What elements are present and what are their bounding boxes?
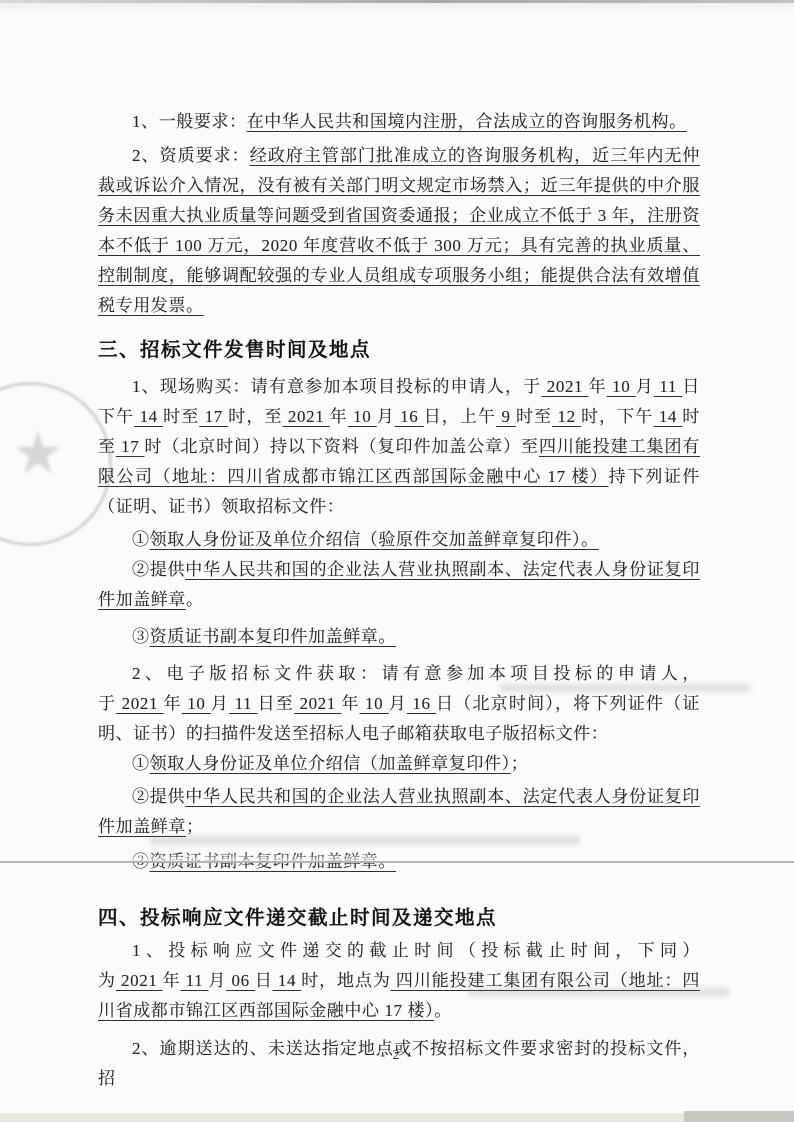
text-run: 月 bbox=[211, 694, 229, 713]
underlined-text: 14 bbox=[653, 407, 682, 426]
underlined-text: 10 bbox=[348, 407, 377, 426]
bleed-through-artifact bbox=[150, 836, 580, 845]
section-3-heading: 三、招标文件发售时间及地点 bbox=[98, 334, 700, 366]
underlined-text: 9 bbox=[496, 407, 516, 426]
text-run: 1、现场购买：请有意参加本项目投标的申请人，于 bbox=[132, 377, 541, 396]
text-run: 时，下午 bbox=[581, 407, 653, 426]
text-run: 时，至 bbox=[228, 407, 282, 426]
text-run: 月 bbox=[636, 377, 654, 396]
text-run: 日，上午 bbox=[424, 407, 496, 426]
text-run: ① bbox=[132, 754, 150, 773]
underlined-text: 2021 bbox=[116, 971, 163, 990]
text-run: 日 bbox=[255, 971, 273, 990]
underlined-text: 领取人身份证及单位介绍信（加盖鲜章复印件） bbox=[150, 754, 511, 773]
qualification-requirements: 2、资质要求：经政府主管部门批准成立的咨询服务机构，近三年内无仲裁或诉讼介入情况… bbox=[98, 141, 700, 321]
text-run: 1、一般要求： bbox=[132, 112, 247, 131]
underlined-text: 14 bbox=[134, 407, 163, 426]
text-run: 年 bbox=[330, 407, 348, 426]
text-run: 时至 bbox=[163, 407, 199, 426]
seal-star-icon: ★ bbox=[12, 424, 64, 482]
underlined-text: 资质证书副本复印件加盖鲜章。 bbox=[150, 627, 396, 646]
section-4-heading: 四、投标响应文件递交截止时间及递交地点 bbox=[98, 902, 700, 934]
text-run: 时（北京时间）持以下资料（复印件加盖公章）至 bbox=[145, 437, 539, 456]
underlined-text: 2021 bbox=[116, 694, 163, 713]
late-delivery: 2、逾期送达的、未送达指定地点或不按招标文件要求密封的投标文件，招 bbox=[98, 1034, 700, 1094]
submission-deadline: 1、投标响应文件递交的截止时间（投标截止时间，下同）为 2021 年 11 月 … bbox=[98, 936, 700, 1026]
scan-edge-bottom-corner bbox=[684, 1111, 794, 1122]
text-run: 年 bbox=[163, 971, 181, 990]
text-run: 月 bbox=[208, 971, 226, 990]
bleed-through-artifact bbox=[500, 684, 750, 692]
underlined-text: 16 bbox=[407, 694, 436, 713]
text-run: 。 bbox=[434, 1001, 452, 1020]
text-run: 时，地点为 bbox=[301, 971, 391, 990]
underlined-text: 领取人身份证及单位介绍信（验原件交加盖鲜章复印件）。 bbox=[150, 530, 599, 549]
underlined-text: 16 bbox=[395, 407, 424, 426]
underlined-text: 11 bbox=[181, 971, 209, 990]
underlined-text: 2021 bbox=[294, 694, 341, 713]
onsite-cert-2: ②提供中华人民共和国的企业法人营业执照副本、法定代表人身份证复印件加盖鲜章。 bbox=[98, 555, 700, 615]
scan-edge-top-shadow bbox=[0, 3, 794, 13]
underlined-text: 在中华人民共和国境内注册，合法成立的咨询服务机构。 bbox=[247, 112, 687, 131]
text-run: 。 bbox=[186, 590, 204, 609]
text-run: 月 bbox=[389, 694, 407, 713]
bleed-through-artifact bbox=[468, 988, 730, 996]
electronic-cert-1: ①领取人身份证及单位介绍信（加盖鲜章复印件）； bbox=[98, 749, 700, 779]
text-run: ； bbox=[186, 817, 204, 836]
onsite-purchase: 1、现场购买：请有意参加本项目投标的申请人，于 2021 年 10 月 11 日… bbox=[98, 372, 700, 522]
text-run: ① bbox=[132, 530, 150, 549]
text-run: 年 bbox=[164, 694, 182, 713]
text-run: 年 bbox=[589, 377, 607, 396]
electronic-cert-2: ②提供中华人民共和国的企业法人营业执照副本、法定代表人身份证复印件加盖鲜章； bbox=[98, 782, 700, 842]
underlined-text: 经政府主管部门批准成立的咨询服务机构，近三年内无仲裁或诉讼介入情况，没有被有关部… bbox=[98, 146, 700, 315]
text-run: ③ bbox=[132, 627, 150, 646]
text-run: 四、投标响应文件递交截止时间及递交地点 bbox=[98, 907, 497, 929]
underlined-text: 2021 bbox=[541, 377, 588, 396]
underlined-text: 10 bbox=[182, 694, 211, 713]
text-run: 2、资质要求： bbox=[132, 146, 250, 165]
underlined-text: 2021 bbox=[283, 407, 330, 426]
text-run: 时至 bbox=[516, 407, 552, 426]
text-run: ； bbox=[511, 754, 529, 773]
page-number: - 2 - bbox=[0, 1048, 794, 1064]
underlined-text: 11 bbox=[229, 694, 257, 713]
scanned-document-page: ★ 1、一般要求：在中华人民共和国境内注册，合法成立的咨询服务机构。2、资质要求… bbox=[0, 0, 794, 1122]
fold-line bbox=[0, 861, 794, 863]
text-run: ②提供 bbox=[132, 560, 185, 579]
text-run: 日至 bbox=[258, 694, 294, 713]
underlined-text: 17 bbox=[199, 407, 228, 426]
underlined-text: 11 bbox=[654, 377, 682, 396]
text-run: 三、招标文件发售时间及地点 bbox=[98, 339, 371, 361]
text-run: 月 bbox=[377, 407, 395, 426]
underlined-text: 12 bbox=[552, 407, 581, 426]
text-run: ②提供 bbox=[132, 787, 185, 806]
underlined-text: 14 bbox=[273, 971, 302, 990]
document-body: 1、一般要求：在中华人民共和国境内注册，合法成立的咨询服务机构。2、资质要求：经… bbox=[98, 107, 700, 1094]
general-requirements: 1、一般要求：在中华人民共和国境内注册，合法成立的咨询服务机构。 bbox=[98, 107, 700, 137]
onsite-cert-3: ③资质证书副本复印件加盖鲜章。 bbox=[98, 622, 700, 652]
scan-edge-bottom bbox=[0, 1113, 794, 1122]
underlined-text: 17 bbox=[116, 437, 145, 456]
electronic-obtain: 2、电子版招标文件获取：请有意参加本项目投标的申请人，于 2021 年 10 月… bbox=[98, 659, 700, 749]
underlined-text: 10 bbox=[607, 377, 636, 396]
fold-line-highlight bbox=[0, 853, 794, 861]
text-run: 年 bbox=[341, 694, 359, 713]
onsite-cert-1: ①领取人身份证及单位介绍信（验原件交加盖鲜章复印件）。 bbox=[98, 525, 700, 555]
underlined-text: 06 bbox=[226, 971, 255, 990]
underlined-text: 10 bbox=[360, 694, 389, 713]
